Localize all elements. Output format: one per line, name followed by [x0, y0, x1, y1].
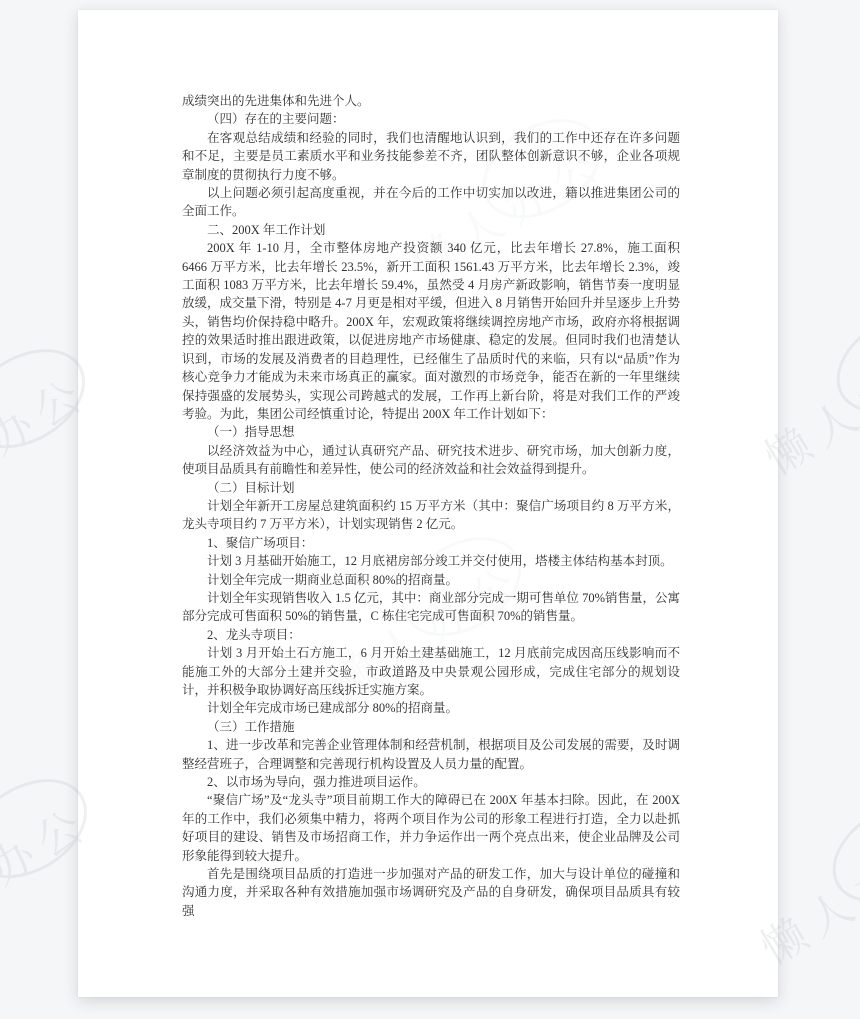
watermark-ring-icon [815, 783, 860, 923]
body-paragraph: 计划 3 月基础开始施工，12 月底裙房部分竣工并交付使用，塔楼主体结构基本封顶… [182, 552, 680, 570]
body-paragraph: 首先是围绕项目品质的打造进一步加强对产品的研发工作，加大与设计单位的碰撞和沟通力… [182, 865, 680, 920]
section-heading: 二、200X 年工作计划 [182, 221, 680, 239]
body-paragraph: 在客观总结成绩和经验的同时，我们也清醒地认识到，我们的工作中还存在许多问题和不足… [182, 129, 680, 184]
body-paragraph: 2、以市场为导向，强力推进项目运作。 [182, 773, 680, 791]
list-item-heading: 2、龙头寺项目： [182, 626, 680, 644]
body-paragraph: 计划全年新开工房屋总建筑面积约 15 万平方米（其中：聚信广场项目约 8 万平方… [182, 497, 680, 534]
body-paragraph: 计划 3 月开始土石方施工，6 月开始土建基础施工，12 月底前完成因高压线影响… [182, 644, 680, 699]
body-paragraph: “聚信广场”及“龙头寺”项目前期工作大的障碍已在 200X 年基本扫除。因此，在… [182, 791, 680, 865]
body-paragraph: 1、进一步改革和完善企业管理体制和经营机制，根据项目及公司发展的需要，及时调整经… [182, 736, 680, 773]
body-paragraph: 以上问题必须引起高度重视，并在今后的工作中切实加以改进，籍以推进集团公司的全面工… [182, 184, 680, 221]
list-item-heading: 1、聚信广场项目： [182, 534, 680, 552]
section-heading: （三）工作措施 [182, 718, 680, 736]
body-paragraph: 计划全年实现销售收入 1.5 亿元，其中：商业部分完成一期可售单位 70%销售量… [182, 589, 680, 626]
section-heading: （一）指导思想 [182, 423, 680, 441]
body-paragraph: 以经济效益为中心，通过认真研究产品、研究技术进步、研究市场，加大创新力度，使项目… [182, 442, 680, 479]
body-paragraph: 计划全年完成市场已建成部分 80%的招商量。 [182, 699, 680, 717]
body-paragraph: 200X 年 1-10 月，全市整体房地产投资额 340 亿元，比去年增长 27… [182, 239, 680, 423]
body-paragraph: 成绩突出的先进集体和先进个人。 [182, 92, 680, 110]
document-text: 成绩突出的先进集体和先进个人。 （四）存在的主要问题： 在客观总结成绩和经验的同… [182, 92, 680, 920]
workspace-background: 成绩突出的先进集体和先进个人。 （四）存在的主要问题： 在客观总结成绩和经验的同… [0, 0, 860, 1019]
section-heading: （四）存在的主要问题： [182, 110, 680, 128]
watermark-ring-icon [819, 293, 860, 433]
document-page: 成绩突出的先进集体和先进个人。 （四）存在的主要问题： 在客观总结成绩和经验的同… [78, 10, 778, 997]
section-heading: （二）目标计划 [182, 479, 680, 497]
body-paragraph: 计划全年完成一期商业总面积 80%的招商量。 [182, 571, 680, 589]
